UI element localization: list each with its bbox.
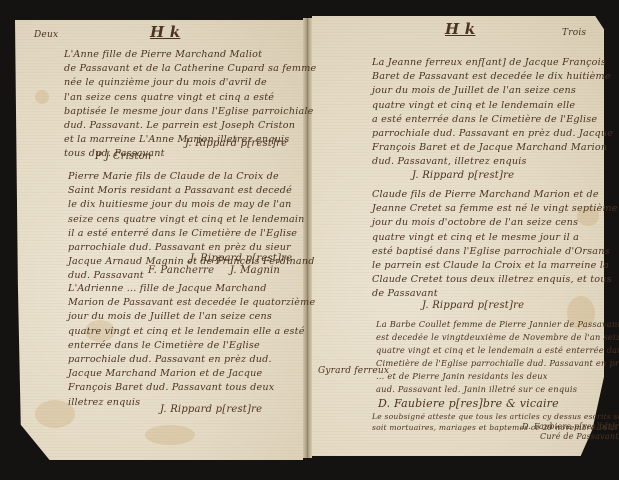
- foxing-stain: [35, 90, 49, 104]
- entry-line: L'Anne fille de Pierre Marchand Maliot: [64, 48, 316, 62]
- page-corner-note: Trois: [562, 28, 586, 38]
- priest-signature: J. Rippard p[rest]re: [190, 253, 292, 264]
- entry-line: jour du mois d'octobre de l'an seize cen…: [372, 216, 618, 230]
- entry-line: quatre vingt et cinq et le lendemain ell…: [68, 325, 315, 339]
- entry-line: Cimetière de l'Eglise parrochialle dud. …: [376, 357, 619, 370]
- entry-line: quatre vingt et cinq et le lendemain a e…: [376, 344, 619, 357]
- entry-line: Jeanne Cretet sa femme est né le vingt s…: [372, 202, 618, 216]
- entry-line: le dix huitiesme jour du mois de may de …: [68, 198, 315, 212]
- priest-signature: J. Rippard p[rest]re: [160, 404, 262, 415]
- entry-line: Baret de Passavant est decedée le dix hu…: [372, 70, 613, 84]
- witness-mark: P J Criston: [95, 151, 152, 162]
- register-entry-baptism-claude: Claude fils de Pierre Marchand Marion et…: [372, 188, 618, 302]
- entry-line: de Passavant et de la Catherine Cupard s…: [64, 62, 316, 76]
- entry-line: L'Adrienne ... fille de Jacque Marchand: [68, 282, 315, 296]
- entry-line: jour du mois de Juillet de l'an seize ce…: [372, 84, 613, 98]
- entry-line: le parrein est Claude la Croix et la mar…: [372, 259, 618, 273]
- entry-line: parrochiale dud. Passavant en prèz dud.: [68, 353, 315, 367]
- register-entry-burial-jeanne: La Jeanne ferreux enf[ant] de Jacque Fra…: [372, 56, 613, 170]
- vicar-signature: D. Faubiere p[res]bre & vicaire: [378, 397, 559, 410]
- entry-line: Pierre Marie fils de Claude de la Croix …: [68, 170, 315, 184]
- entry-line: aud. Passavant led. Janin illetré sur ce…: [376, 383, 619, 396]
- entry-line: La Barbe Coullet femme de Pierre Jannier…: [376, 318, 619, 331]
- folio-mark: H k: [445, 20, 475, 38]
- entry-line: il a esté enterré dans le Cimetière de l…: [68, 227, 315, 241]
- entry-line: seize cens quatre vingt et cinq et le le…: [68, 213, 315, 227]
- entry-line: François Baret dud. Passavant tous deux: [68, 381, 315, 395]
- register-entry-burial-adrienne: L'Adrienne ... fille de Jacque Marchand …: [68, 282, 315, 410]
- priest-signature: J. Rippard p[rest]re: [185, 138, 287, 149]
- priest-signature: J. Rippard p[rest]re: [412, 170, 514, 181]
- entry-line: ... et de Pierre Janin residants les deu…: [376, 370, 619, 383]
- entry-line: parrochiale dud. Passavant en prèz dud. …: [372, 127, 613, 141]
- register-entry-burial-barbe: La Barbe Coullet femme de Pierre Jannier…: [376, 318, 619, 396]
- foxing-stain: [145, 425, 195, 445]
- entry-line: enterrée dans le Cimetière de l'Eglise: [68, 339, 315, 353]
- entry-line: dud. Passavant. Le parrein est Joseph Cr…: [64, 119, 316, 133]
- entry-line: La Jeanne ferreux enf[ant] de Jacque Fra…: [372, 56, 613, 70]
- cure-title: Curé de Passavant: [540, 432, 619, 441]
- entry-line: l'an seize cens quatre vingt et cinq a e…: [64, 91, 316, 105]
- witness-signature: J. Magnin: [230, 265, 280, 276]
- folio-mark: H k: [150, 23, 180, 41]
- entry-line: dud. Passavant, illetrez enquis: [372, 155, 613, 169]
- entry-line: quatre vingt et cinq et le lendemain ell…: [372, 99, 613, 113]
- entry-line: née le quinzième jour du mois d'avril de: [64, 76, 316, 90]
- entry-line: François Baret et de Jacque Marchand Mar…: [372, 141, 613, 155]
- entry-line: Jacque Marchand Marion et de Jacque: [68, 367, 315, 381]
- witness-signature: F. Pancherre: [148, 265, 214, 276]
- margin-note: Gyrard ferreux: [318, 366, 389, 376]
- entry-line: Marion de Passavant est decedée le quato…: [68, 296, 315, 310]
- entry-line: Claude Cretet tous deux illetrez enquis,…: [372, 273, 618, 287]
- entry-line: Saint Moris residant a Passavant est dec…: [68, 184, 315, 198]
- entry-line: baptisée le mesme jour dans l'Eglise par…: [64, 105, 316, 119]
- cure-signature: D. Faubiere p[res]b[t]re: [522, 422, 619, 431]
- entry-line: esté baptisé dans l'Eglise parrochiale d…: [372, 245, 618, 259]
- page-corner-note: Deux: [34, 30, 58, 40]
- entry-line: jour du mois de Juillet de l'an seize ce…: [68, 310, 315, 324]
- entry-line: Le soubsigné atteste que tous les articl…: [372, 411, 619, 422]
- entry-line: a esté enterrée dans le Cimetière de l'E…: [372, 113, 613, 127]
- entry-line: est decedée le vingtdeuxième de Novembre…: [376, 331, 619, 344]
- priest-signature: J. Rippard p[rest]re: [422, 300, 524, 311]
- entry-line: Claude fils de Pierre Marchand Marion et…: [372, 188, 618, 202]
- entry-line: quatre vingt et cinq et le mesme jour il…: [372, 231, 618, 245]
